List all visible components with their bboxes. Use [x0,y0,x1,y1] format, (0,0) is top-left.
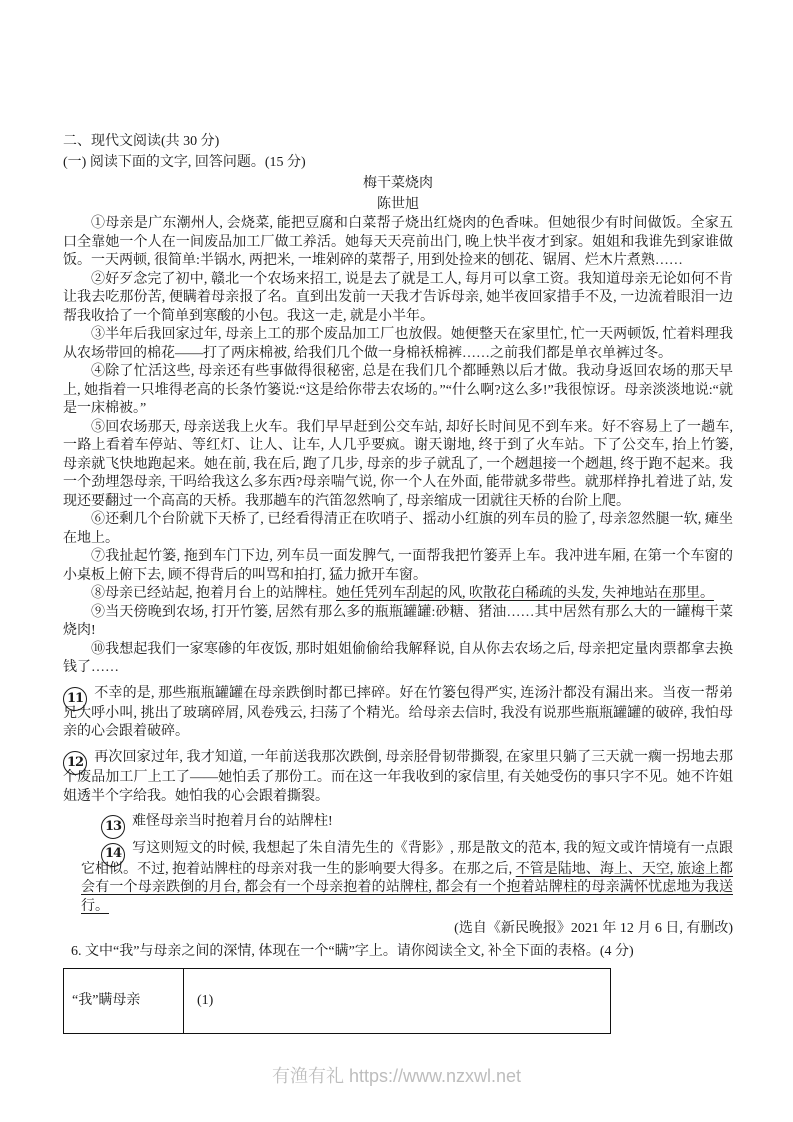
paragraph-8: ⑧母亲已经站起, 抱着月台上的站牌柱。她任凭列车刮起的风, 吹散花白稀疏的头发,… [63,585,733,604]
answer-table: “我”瞒母亲 (1) [63,968,611,1034]
paragraph-marker: ⑨ [91,605,105,620]
paragraph-2: ②好歹念完了初中, 赣北一个农场来招工, 说是去了就是工人, 每月可以拿工资。我… [63,271,733,327]
question-number: 6. [71,944,82,959]
paragraph-marker: ③ [91,327,105,342]
question-text: 文中“我”与母亲之间的深情, 体现在一个“瞒”字上。请你阅读全文, 补全下面的表… [85,944,634,959]
article-author: 陈世旭 [63,194,733,215]
paragraph-marker: ⑤ [91,420,105,435]
text-segment: 好歹念完了初中, 赣北一个农场来招工, 说是去了就是工人, 每月可以拿工资。我知… [63,272,733,324]
text-segment: 母亲是广东潮州人, 会烧菜, 能把豆腐和白菜帮子烧出红烧肉的色香味。但她很少有时… [63,216,733,268]
paragraph-6: ⑥还剩几个台阶就下天桥了, 已经看得清正在吹哨子、摇动小红旗的列车员的脸了, 母… [63,511,733,548]
row-value-cell: (1) [184,969,611,1034]
text-segment: 除了忙活这些, 母亲还有些事做得很秘密, 总是在我们几个都睡熟以后才做。我动身返… [63,364,733,416]
paragraph-marker: ④ [91,364,105,379]
paragraph-marker: ⑧ [91,586,105,601]
paragraph-4: ④除了忙活这些, 母亲还有些事做得很秘密, 总是在我们几个都睡熟以后才做。我动身… [63,363,733,419]
exam-page: { "document": { "section_heading": "二、现代… [0,0,793,1122]
text-segment: 难怪母亲当时抱着月台的站牌柱! [132,814,333,829]
page-content: 二、现代文阅读(共 30 分) (一) 阅读下面的文字, 回答问题。(15 分)… [63,131,733,1034]
question-6: 6. 文中“我”与母亲之间的深情, 体现在一个“瞒”字上。请你阅读全文, 补全下… [63,941,733,962]
subsection-heading: (一) 阅读下面的文字, 回答问题。(15 分) [63,152,733,173]
paragraph-3: ③半年后我回家过年, 母亲上工的那个废品加工厂也放假。她便整天在家里忙, 忙一天… [63,326,733,363]
paragraph-11: 11不幸的是, 那些瓶瓶罐罐在母亲跌倒时都已摔碎。好在竹篓包得严实, 连汤汁都没… [63,685,733,742]
text-segment: 母亲已经站起, 抱着月台上的站牌柱。 [105,586,336,601]
article-body: ①母亲是广东潮州人, 会烧菜, 能把豆腐和白菜帮子烧出红烧肉的色香味。但她很少有… [63,215,733,916]
paragraph-marker: ⑥ [91,512,105,527]
underlined-sentence: 她任凭列车刮起的风, 吹散花白稀疏的头发, 失神地站在那里。 [336,586,714,601]
text-segment: 半年后我回家过年, 母亲上工的那个废品加工厂也放假。她便整天在家里忙, 忙一天两… [63,327,733,361]
paragraph-1: ①母亲是广东潮州人, 会烧菜, 能把豆腐和白菜帮子烧出红烧肉的色香味。但她很少有… [63,215,733,271]
article-title: 梅干菜烧肉 [63,173,733,194]
attribution: (选自《新民晚报》2021 年 12 月 6 日, 有删改) [63,918,733,939]
paragraph-marker: ② [91,272,105,287]
text-segment: 回农场那天, 母亲送我上火车。我们早早赶到公交车站, 却好长时间见不到车来。好不… [63,420,733,509]
text-segment: 我扯起竹篓, 拖到车门下边, 列车员一面发脾气, 一面帮我把竹篓弄上车。我冲进车… [63,549,733,583]
paragraph-10: ⑩我想起我们一家寒碜的年夜饭, 那时姐姐偷偷给我解释说, 自从你去农场之后, 母… [63,641,733,678]
text-segment: 当天傍晚到农场, 打开竹篓, 居然有那么多的瓶瓶罐罐:砂糖、猪油……其中居然有那… [63,605,733,639]
section-heading: 二、现代文阅读(共 30 分) [63,131,733,152]
table-row: “我”瞒母亲 (1) [64,969,611,1034]
text-segment: 我想起我们一家寒碜的年夜饭, 那时姐姐偷偷给我解释说, 自从你去农场之后, 母亲… [63,642,733,676]
watermark: 有渔有礼 https://www.nzxwl.net [0,1062,793,1088]
text-segment: 不幸的是, 那些瓶瓶罐罐在母亲跌倒时都已摔碎。好在竹篓包得严实, 连汤汁都没有漏… [63,686,733,740]
text-segment: 还剩几个台阶就下天桥了, 已经看得清正在吹哨子、摇动小红旗的列车员的脸了, 母亲… [63,512,733,546]
paragraph-14: 14写这则短文的时候, 我想起了朱自清先生的《背影》, 那是散文的范本, 我的短… [81,840,733,916]
paragraph-marker: ⑩ [91,642,105,657]
paragraph-5: ⑤回农场那天, 母亲送我上火车。我们早早赶到公交车站, 却好长时间见不到车来。好… [63,419,733,512]
paragraph-marker: ⑦ [91,549,105,564]
paragraph-12: 12再次回家过年, 我才知道, 一年前送我那次跌倒, 母亲胫骨韧带撕裂, 在家里… [63,749,733,806]
row-label-cell: “我”瞒母亲 [64,969,184,1034]
paragraph-marker: ① [91,216,105,231]
paragraph-7: ⑦我扯起竹篓, 拖到车门下边, 列车员一面发脾气, 一面帮我把竹篓弄上车。我冲进… [63,548,733,585]
paragraph-13: 13难怪母亲当时抱着月台的站牌柱! [81,813,733,833]
circled-number: 13 [101,815,125,839]
text-segment: 再次回家过年, 我才知道, 一年前送我那次跌倒, 母亲胫骨韧带撕裂, 在家里只躺… [63,750,733,804]
paragraph-9: ⑨当天傍晚到农场, 打开竹篓, 居然有那么多的瓶瓶罐罐:砂糖、猪油……其中居然有… [63,604,733,641]
